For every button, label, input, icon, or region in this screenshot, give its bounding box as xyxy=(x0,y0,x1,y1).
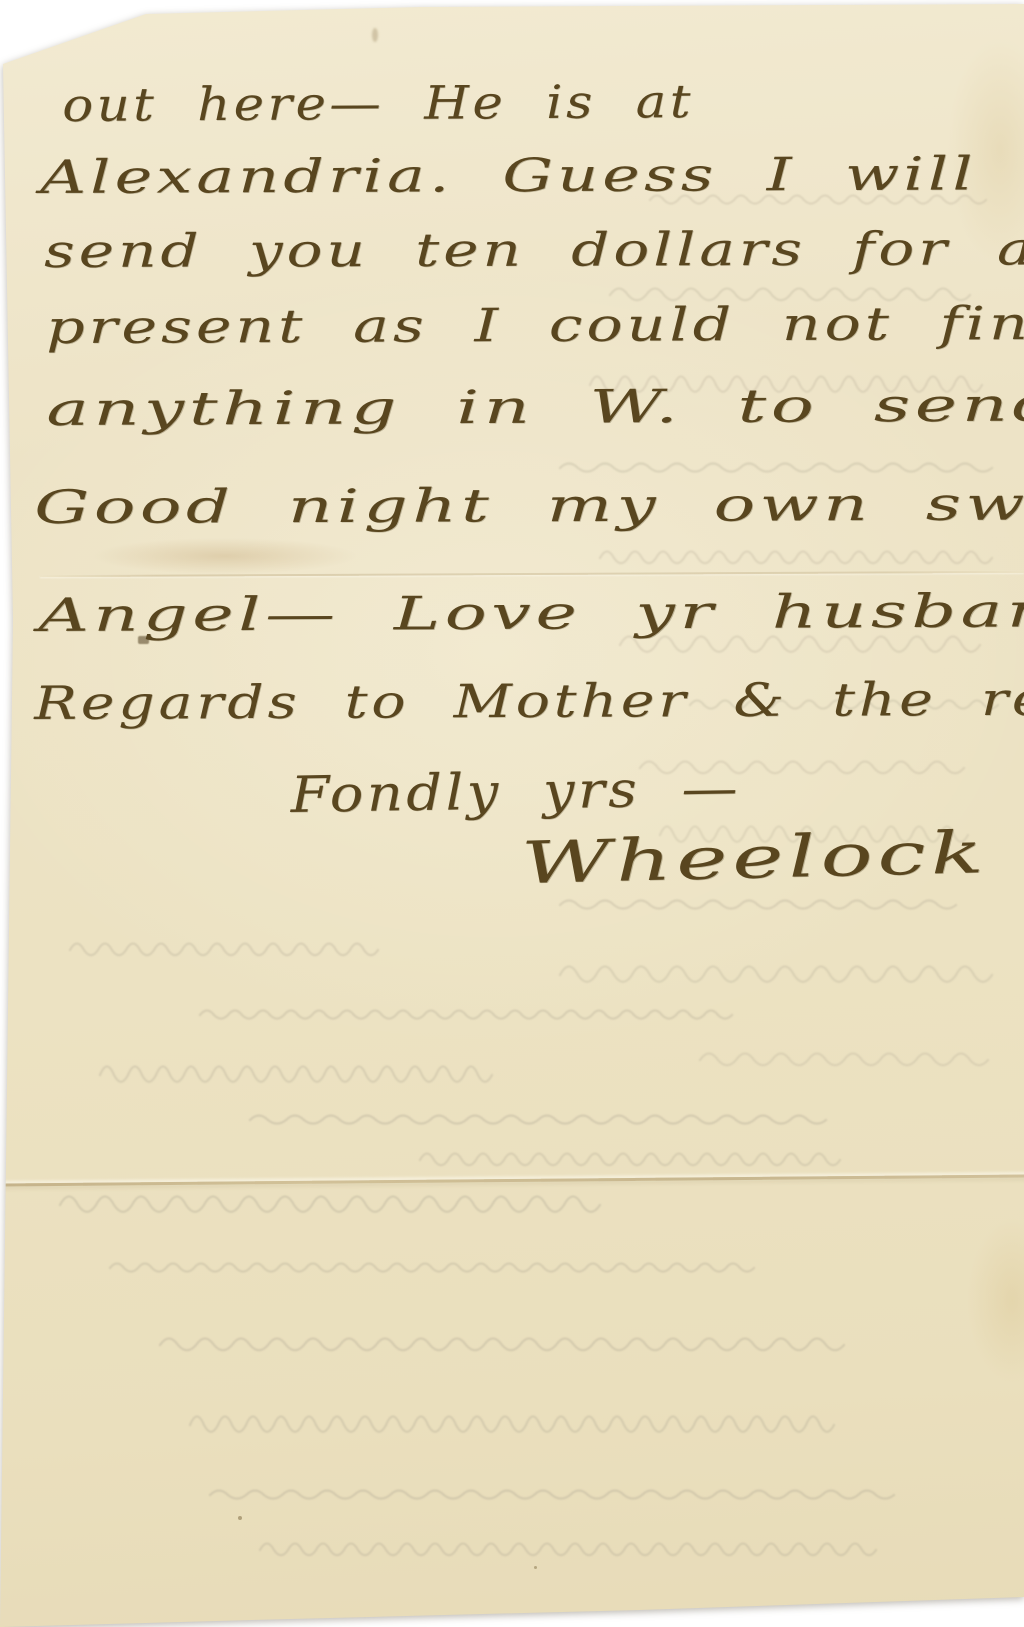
letter-line: anything in W. to send— xyxy=(46,379,1024,435)
letter-line: Regards to Mother & the rest— xyxy=(34,673,1024,728)
letter-line: Angel— Love yr husband— xyxy=(38,585,1024,641)
letter-signature: Wheelock xyxy=(520,821,989,896)
paper-shadow: out here— He is at Alexandria. Guess I w… xyxy=(0,0,1024,1627)
scanned-letter-page: out here— He is at Alexandria. Guess I w… xyxy=(0,0,1024,1627)
letter-line: Alexandria. Guess I will xyxy=(40,148,977,202)
letter-line: out here— He is at xyxy=(62,76,694,131)
letter-line: send you ten dollars for a xyxy=(44,223,1024,276)
letter-line: present as I could not find xyxy=(46,298,1024,353)
letter-paper: out here— He is at Alexandria. Guess I w… xyxy=(0,0,1024,1627)
letter-closing: Fondly yrs — xyxy=(290,761,741,823)
letter-line: Good night my own sweet xyxy=(34,478,1024,532)
